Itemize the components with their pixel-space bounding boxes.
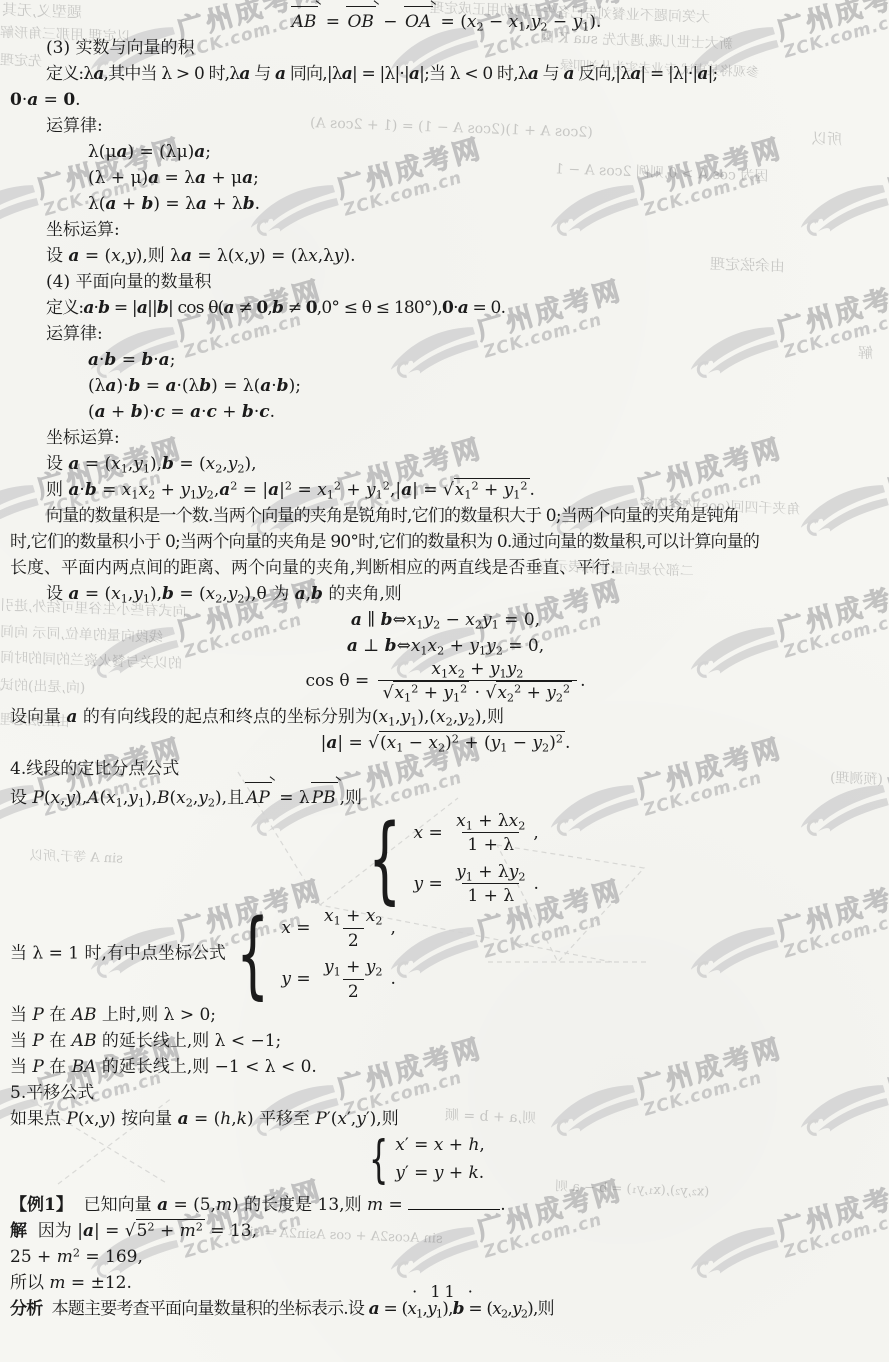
doc-line: 设 a = (x1,y1),b = (x2,y2),θ 为 a,b 的夹角,则 bbox=[8, 581, 883, 607]
doc-line: 坐标运算: bbox=[8, 217, 883, 243]
doc-line: 【例1】 已知向量 a = (5,m) 的长度是 13,则 m = . bbox=[8, 1192, 883, 1218]
scanned-textbook-page: 广州成考网ZCK.com.cn广州成考网ZCK.com.cn广州成考网ZCK.c… bbox=[0, 0, 889, 1362]
doc-line: 设 a = (x,y),则 λa = λ(x,y) = (λx,λy). bbox=[8, 243, 883, 269]
doc-line: 5.平移公式 bbox=[8, 1080, 883, 1106]
doc-line: (a + b)·c = a·c + b·c. bbox=[8, 399, 883, 425]
doc-line: λ(a + b) = λa + λb. bbox=[8, 191, 883, 217]
doc-line: λ(μa) = (λμ)a; bbox=[8, 139, 883, 165]
page-number: · 11 · bbox=[0, 1282, 889, 1301]
doc-line: 当 λ = 1 时,有中点坐标公式{x = x1 + x22,y = y1 + … bbox=[8, 906, 883, 1002]
doc-line: a ∥ b⇔x1y2 − x2y1 = 0, bbox=[8, 607, 883, 633]
doc-line: 设 P(x,y),A(x1,y1),B(x2,y2),且AP = λPB,则 bbox=[8, 782, 883, 811]
doc-line: 运算律: bbox=[8, 113, 883, 139]
doc-line: (3) 实数与向量的积 bbox=[8, 35, 883, 61]
doc-line: AB = OB − OA = (x2 − x1,y2 − y1). bbox=[8, 6, 883, 35]
doc-line: 当 P 在 BA 的延长线上,则 −1 < λ < 0. bbox=[8, 1054, 883, 1080]
doc-line: 解 因为 |a| = √52 + m2 = 13, bbox=[8, 1218, 883, 1244]
doc-line: 则 a·b = x1x2 + y1y2,a2 = |a|2 = x12 + y1… bbox=[8, 477, 883, 503]
doc-line: {x = x1 + λx21 + λ,y = y1 + λy21 + λ. bbox=[8, 811, 883, 907]
doc-line: (λa)·b = a·(λb) = λ(a·b); bbox=[8, 373, 883, 399]
doc-line: 向量的数量积是一个数.当两个向量的夹角是锐角时,它们的数量积大于 0;当两个向量… bbox=[8, 503, 883, 529]
doc-line: cos θ = x1x2 + y1y2√x12 + y12 · √x22 + y… bbox=[8, 659, 883, 704]
doc-line: 定义:λa,其中当 λ > 0 时,λa 与 a 同向,|λa| = |λ|·|… bbox=[8, 61, 883, 87]
doc-line: 设向量 a 的有向线段的起点和终点的坐标分别为(x1,y1),(x2,y2),则 bbox=[8, 704, 883, 730]
doc-line: 当 P 在 AB 的延长线上,则 λ < −1; bbox=[8, 1028, 883, 1054]
doc-line: (4) 平面向量的数量积 bbox=[8, 269, 883, 295]
doc-line: 0·a = 0. bbox=[8, 87, 883, 113]
doc-line: 4.线段的定比分点公式 bbox=[8, 756, 883, 782]
doc-line: 运算律: bbox=[8, 321, 883, 347]
doc-line: 当 P 在 AB 上时,则 λ > 0; bbox=[8, 1002, 883, 1028]
doc-line: 25 + m2 = 169, bbox=[8, 1244, 883, 1270]
doc-line: 如果点 P(x,y) 按向量 a = (h,k) 平移至 P′(x′,y′),则 bbox=[8, 1106, 883, 1132]
doc-line: 定义:a·b = |a||b| cos θ(a ≠ 0,b ≠ 0,0° ≤ θ… bbox=[8, 295, 883, 321]
doc-line: 时,它们的数量积小于 0;当两个向量的夹角是 90°时,它们的数量积为 0.通过… bbox=[8, 529, 883, 555]
doc-line: 设 a = (x1,y1),b = (x2,y2), bbox=[8, 451, 883, 477]
doc-line: 坐标运算: bbox=[8, 425, 883, 451]
doc-line: a ⊥ b⇔x1x2 + y1y2 = 0, bbox=[8, 633, 883, 659]
doc-line: {x′ = x + h,y′ = y + k. bbox=[8, 1132, 883, 1186]
doc-line: |a| = √(x1 − x2)2 + (y1 − y2)2. bbox=[8, 730, 883, 756]
doc-line: (λ + μ)a = λa + μa; bbox=[8, 165, 883, 191]
doc-line: a·b = b·a; bbox=[8, 347, 883, 373]
document-body: AB = OB − OA = (x2 − x1,y2 − y1).(3) 实数与… bbox=[8, 6, 883, 1322]
doc-line: 长度、平面内两点间的距离、两个向量的夹角,判断相应的两直线是否垂直、平行. bbox=[8, 555, 883, 581]
